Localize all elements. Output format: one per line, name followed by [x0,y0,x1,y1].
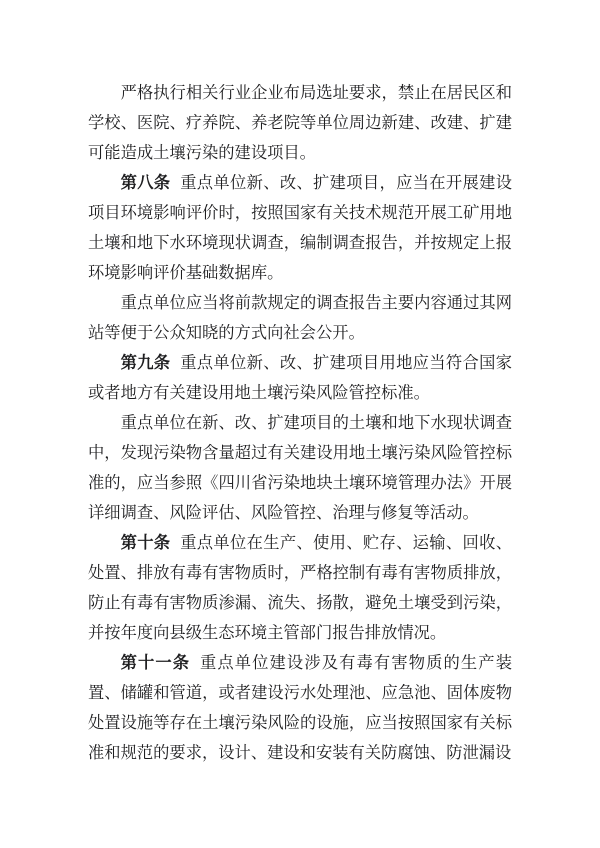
article-heading: 第八条 [121,174,171,192]
document-page: 严格执行相关行业企业布局选址要求，禁止在居民区和学校、医院、疗养院、养老院等单位… [0,0,600,848]
paragraph-text: 重点单位应当将前款规定的调查报告主要内容通过其网站等便于公众知晓的方式向社会公开… [88,294,512,342]
paragraph-article-11: 第十一条重点单位建设涉及有毒有害物质的生产装置、储罐和管道，或者建设污水处理池、… [88,648,512,768]
paragraph-article-8: 第八条重点单位新、改、扩建项目，应当在开展建设项目环境影响评价时，按照国家有关技… [88,168,512,288]
paragraph-site-selection: 严格执行相关行业企业布局选址要求，禁止在居民区和学校、医院、疗养院、养老院等单位… [88,78,512,168]
article-heading: 第十一条 [121,654,191,672]
paragraph-article-9: 第九条重点单位新、改、扩建项目用地应当符合国家或者地方有关建设用地土壤污染风险管… [88,348,512,408]
paragraph-article-10: 第十条重点单位在生产、使用、贮存、运输、回收、处置、排放有毒有害物质时，严格控制… [88,528,512,648]
paragraph-text: 严格执行相关行业企业布局选址要求，禁止在居民区和学校、医院、疗养院、养老院等单位… [88,84,512,162]
paragraph-article-8-disclosure: 重点单位应当将前款规定的调查报告主要内容通过其网站等便于公众知晓的方式向社会公开… [88,288,512,348]
article-heading: 第十条 [121,534,171,552]
paragraph-text: 重点单位在新、改、扩建项目的土壤和地下水现状调查中，发现污染物含量超过有关建设用… [88,414,512,522]
paragraph-article-9-exceedance: 重点单位在新、改、扩建项目的土壤和地下水现状调查中，发现污染物含量超过有关建设用… [88,408,512,528]
article-heading: 第九条 [121,354,171,372]
